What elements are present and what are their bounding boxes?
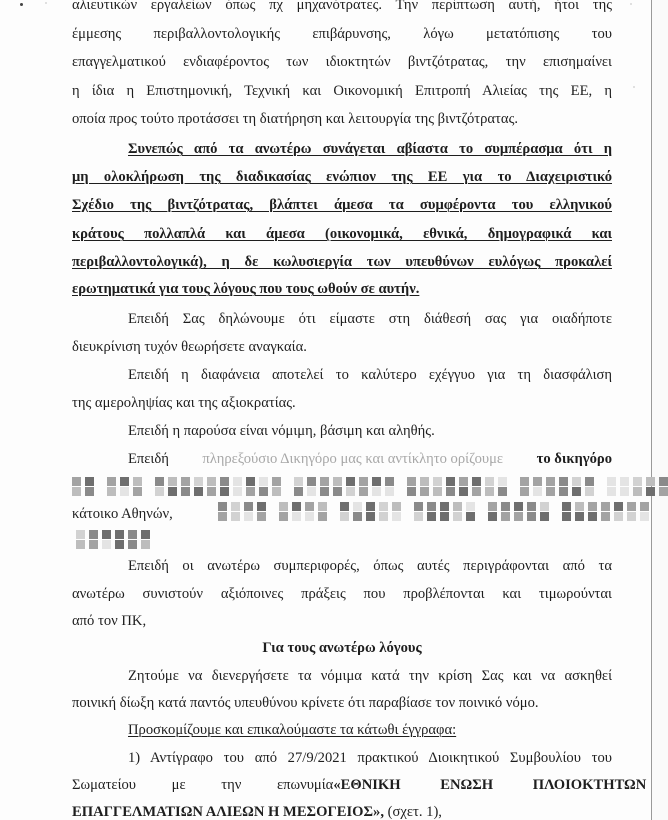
redaction-pixel-column bbox=[120, 477, 130, 497]
document-item-bold: «ΕΘΝΙΚΗ ΕΝΩΣΗ ΠΛΟΙΟΚΤΗΤΩΝ bbox=[333, 776, 646, 794]
document-item-line: 1) Αντίγραφο του από 27/9/2021 πρακτικού… bbox=[128, 749, 612, 767]
redaction-pixel-column bbox=[102, 530, 112, 550]
conclusion-line: Σχέδιο της βιντζότρατας, βλάπτει άμεσα τ… bbox=[72, 196, 612, 214]
redaction-pixel-column bbox=[607, 477, 617, 497]
resident-label: κάτοικο Αθηνών, bbox=[72, 505, 212, 523]
attorney-line: Επειδή πληρεξούσιο Δικηγόρο μας και αντί… bbox=[128, 450, 612, 468]
page-edge-line bbox=[651, 0, 652, 820]
redaction-pixel-column bbox=[588, 502, 598, 522]
section-heading: Για τους ανωτέρω λόγους bbox=[72, 639, 612, 657]
document-item-plain: Σωματείου με την επωνυμία bbox=[72, 776, 333, 794]
redaction-pixel-column bbox=[627, 502, 637, 522]
redaction-pixel-column bbox=[427, 502, 437, 522]
redaction-pixel-column bbox=[279, 502, 289, 522]
redaction-pixel-column bbox=[559, 477, 569, 497]
redaction-pixel-column bbox=[620, 477, 630, 497]
redaction-pixel-column bbox=[575, 502, 585, 522]
document-item-bold: ΕΠΑΓΓΕΛΜΑΤΙΩΝ ΑΛΙΕΩΝ Η ΜΕΣΟΓΕΙΟΣ», bbox=[72, 804, 384, 820]
paragraph-line: Επειδή η διαφάνεια αποτελεί το καλύτερο … bbox=[128, 366, 612, 384]
paragraph-line: Επειδή οι ανωτέρω συμπεριφορές, όπως αυτ… bbox=[128, 557, 612, 575]
redaction-pixel-column bbox=[220, 477, 230, 497]
paragraph-line: ανωτέρω συνιστούν αξιόποινες πράξεις που… bbox=[72, 585, 612, 603]
paragraph-line: Επειδή η παρούσα είναι νόμιμη, βάσιμη κα… bbox=[128, 422, 612, 440]
redaction-pixel-column bbox=[305, 502, 315, 522]
redaction-pixel-column bbox=[76, 530, 86, 550]
redaction-pixel-column bbox=[514, 502, 524, 522]
redaction-pixel-column bbox=[244, 502, 254, 522]
redaction-pixel-column bbox=[346, 477, 356, 497]
redacted-attorney-name bbox=[72, 477, 668, 497]
redacted-address bbox=[218, 502, 653, 522]
redaction-pixel-column bbox=[533, 477, 543, 497]
redaction-pixel-column bbox=[318, 502, 328, 522]
attorney-tail: το δικηγόρο bbox=[537, 450, 612, 468]
scan-speck bbox=[20, 3, 23, 6]
paragraph-line: επαγγελματικού ενδιαφέροντος των ιδιοκτη… bbox=[72, 53, 612, 71]
redaction-pixel-column bbox=[407, 477, 417, 497]
redaction-pixel-column bbox=[257, 502, 267, 522]
redaction-pixel-column bbox=[466, 502, 476, 522]
redaction-pixel-column bbox=[498, 477, 508, 497]
document-item-line: Σωματείου με την επωνυμία «ΕΘΝΙΚΗ ΕΝΩΣΗ … bbox=[72, 776, 612, 794]
paragraph-line: οποία προς τούτο προτάσσει τη διατήρηση … bbox=[72, 110, 612, 128]
redaction-pixel-column bbox=[366, 502, 376, 522]
page-margin-outside bbox=[652, 0, 668, 820]
redaction-pixel-column bbox=[601, 502, 611, 522]
redaction-pixel-column bbox=[320, 477, 330, 497]
redaction-pixel-column bbox=[414, 502, 424, 522]
redaction-pixel-column bbox=[294, 477, 304, 497]
redaction-pixel-column bbox=[385, 477, 395, 497]
redaction-pixel-column bbox=[292, 502, 302, 522]
scan-speck bbox=[45, 2, 47, 4]
redaction-pixel-column bbox=[433, 477, 443, 497]
redaction-pixel-column bbox=[585, 477, 595, 497]
redaction-pixel-column bbox=[194, 477, 204, 497]
redaction-pixel-column bbox=[659, 477, 668, 497]
redaction-pixel-column bbox=[614, 502, 624, 522]
redaction-pixel-column bbox=[128, 530, 138, 550]
redaction-pixel-column bbox=[633, 477, 643, 497]
redaction-pixel-column bbox=[572, 477, 582, 497]
paragraph-line: διευκρίνιση τυχόν θεωρήσετε αναγκαία. bbox=[72, 338, 612, 356]
attorney-lead: Επειδή bbox=[128, 450, 169, 468]
redaction-pixel-column bbox=[353, 502, 363, 522]
redaction-pixel-column bbox=[527, 502, 537, 522]
conclusion-line: ερωτηματικά για τους λόγους που τους ωθο… bbox=[72, 280, 612, 298]
redaction-pixel-column bbox=[218, 502, 228, 522]
redaction-pixel-column bbox=[259, 477, 269, 497]
redaction-pixel-column bbox=[562, 502, 572, 522]
redaction-pixel-column bbox=[155, 477, 165, 497]
redaction-pixel-column bbox=[85, 477, 95, 497]
attorney-faded-text: πληρεξούσιο Δικηγόρο μας και αντίκλητο ο… bbox=[169, 450, 537, 468]
redaction-pixel-column bbox=[459, 477, 469, 497]
redaction-pixel-column bbox=[207, 477, 217, 497]
redaction-pixel-column bbox=[485, 477, 495, 497]
conclusion-line: περιβαλλοντολογικά), η δε κωλυσιεργία τω… bbox=[72, 253, 612, 271]
scanned-document-page: αλιευτικών εργαλείων όπως πχ μηχανότρατε… bbox=[0, 0, 668, 820]
redaction-pixel-column bbox=[181, 477, 191, 497]
document-item-plain: (σχετ. 1), bbox=[388, 804, 442, 820]
paragraph-line: Επειδή Σας δηλώνουμε ότι είμαστε στη διά… bbox=[128, 310, 612, 328]
paragraph-line: από τον ΠΚ, bbox=[72, 612, 612, 630]
redaction-pixel-column bbox=[488, 502, 498, 522]
paragraph-line: ποινική δίωξη κατά παντός υπευθύνου κρίν… bbox=[72, 694, 612, 712]
redaction-pixel-column bbox=[501, 502, 511, 522]
redaction-pixel-column bbox=[272, 477, 282, 497]
redaction-pixel-column bbox=[89, 530, 99, 550]
conclusion-line: Συνεπώς από τα ανωτέρω συνάγεται αβίαστα… bbox=[128, 140, 612, 158]
documents-heading: Προσκομίζουμε και επικαλούμαστε τα κάτωθ… bbox=[128, 721, 612, 739]
paragraph-line: αλιευτικών εργαλείων όπως πχ μηχανότρατε… bbox=[72, 0, 612, 14]
redaction-pixel-column bbox=[379, 502, 389, 522]
redaction-pixel-column bbox=[72, 477, 82, 497]
paragraph-line: της αμεροληψίας και της αξιοκρατίας. bbox=[72, 394, 612, 412]
scan-speck bbox=[633, 86, 635, 88]
redaction-pixel-column bbox=[472, 477, 482, 497]
paragraph-line: η ίδια η Επιστημονική, Τεχνική και Οικον… bbox=[72, 82, 612, 100]
redaction-pixel-column bbox=[420, 477, 430, 497]
redaction-pixel-column bbox=[440, 502, 450, 522]
redaction-pixel-column bbox=[646, 477, 656, 497]
redaction-pixel-column bbox=[233, 477, 243, 497]
redaction-pixel-column bbox=[520, 477, 530, 497]
redaction-pixel-column bbox=[133, 477, 143, 497]
conclusion-line: μη ολοκλήρωση της διαδικασίας ενώπιον τη… bbox=[72, 168, 612, 186]
paragraph-line: έμμεσης περιβαλλοντολογικής επιβάρυνσης,… bbox=[72, 25, 612, 43]
document-item-line: ΕΠΑΓΓΕΛΜΑΤΙΩΝ ΑΛΙΕΩΝ Η ΜΕΣΟΓΕΙΟΣ», (σχετ… bbox=[72, 803, 612, 820]
redaction-pixel-column bbox=[453, 502, 463, 522]
redaction-pixel-column bbox=[141, 530, 151, 550]
redaction-pixel-column bbox=[540, 502, 550, 522]
redaction-pixel-column bbox=[446, 477, 456, 497]
redaction-pixel-column bbox=[307, 477, 317, 497]
redacted-address-continued bbox=[76, 530, 154, 550]
redaction-pixel-column bbox=[246, 477, 256, 497]
redaction-pixel-column bbox=[231, 502, 241, 522]
redaction-pixel-column bbox=[340, 502, 350, 522]
redaction-pixel-column bbox=[333, 477, 343, 497]
redaction-pixel-column bbox=[392, 502, 402, 522]
redaction-pixel-column bbox=[359, 477, 369, 497]
redaction-pixel-column bbox=[372, 477, 382, 497]
paragraph-line: Ζητούμε να διενεργήσετε τα νόμιμα κατά τ… bbox=[128, 667, 612, 685]
conclusion-line: κράτους πολλαπλά και άμεσα (οικονομικά, … bbox=[72, 225, 612, 243]
redaction-pixel-column bbox=[640, 502, 650, 522]
scan-speck bbox=[630, 3, 632, 5]
redaction-pixel-column bbox=[168, 477, 178, 497]
redaction-pixel-column bbox=[546, 477, 556, 497]
redaction-pixel-column bbox=[107, 477, 117, 497]
redaction-pixel-column bbox=[115, 530, 125, 550]
